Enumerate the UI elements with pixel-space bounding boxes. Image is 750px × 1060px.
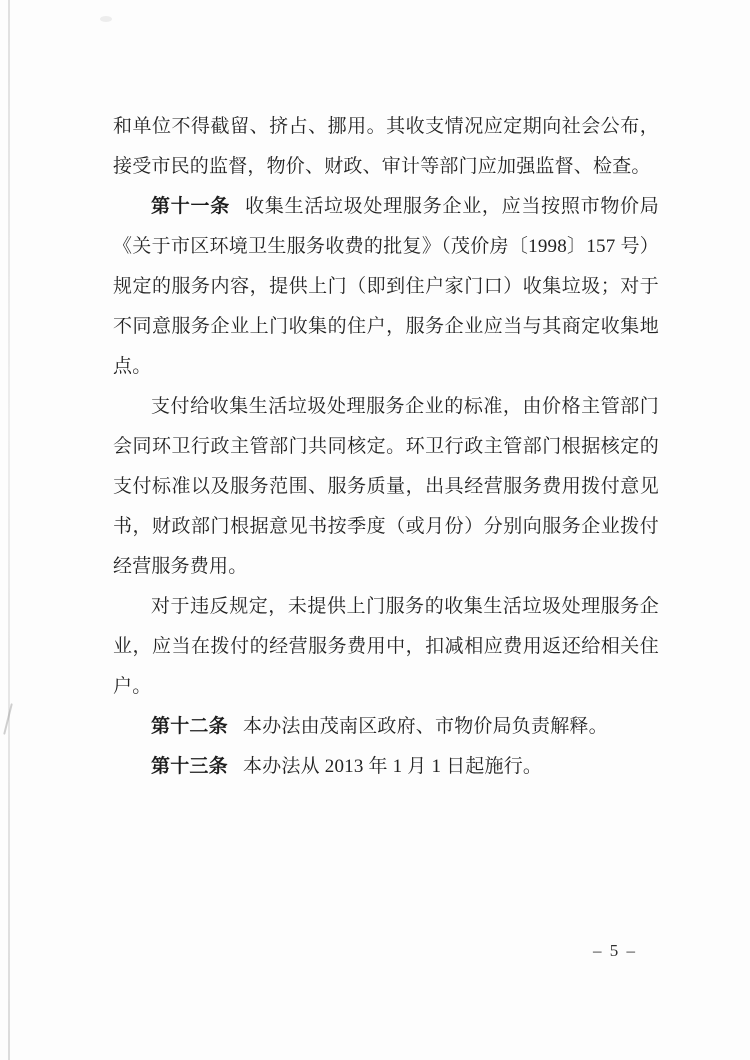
paragraph-text: 收集生活垃圾处理服务企业，应当按照市物价局《关于市区环境卫生服务收费的批复》（茂… bbox=[113, 196, 659, 377]
paragraph-text: 本办法由茂南区政府、市物价局负责解释。 bbox=[243, 716, 608, 737]
paragraph-article-13: 第十三条本办法从 2013 年 1 月 1 日起施行。 bbox=[113, 747, 659, 787]
paragraph-article-12: 第十二条本办法由茂南区政府、市物价局负责解释。 bbox=[113, 707, 659, 747]
paragraph-article-11: 第十一条收集生活垃圾处理服务企业，应当按照市物价局《关于市区环境卫生服务收费的批… bbox=[113, 187, 659, 387]
paragraph-text: 本办法从 2013 年 1 月 1 日起施行。 bbox=[243, 756, 542, 777]
scan-edge-shadow bbox=[8, 0, 10, 1060]
scan-smudge bbox=[100, 16, 112, 22]
paragraph-text: 支付给收集生活垃圾处理服务企业的标准，由价格主管部门会同环卫行政主管部门共同核定… bbox=[113, 396, 659, 577]
paragraph-payment-standard: 支付给收集生活垃圾处理服务企业的标准，由价格主管部门会同环卫行政主管部门共同核定… bbox=[113, 387, 659, 587]
article-number: 第十二条 bbox=[151, 716, 228, 737]
article-number: 第十三条 bbox=[151, 756, 228, 777]
paragraph-text: 和单位不得截留、挤占、挪用。其收支情况应定期向社会公布，接受市民的监督，物价、财… bbox=[113, 116, 659, 177]
article-number: 第十一条 bbox=[151, 196, 230, 217]
page-number: – 5 – bbox=[583, 941, 647, 961]
paragraph-continuation: 和单位不得截留、挤占、挪用。其收支情况应定期向社会公布，接受市民的监督，物价、财… bbox=[113, 107, 659, 187]
document-body: 和单位不得截留、挤占、挪用。其收支情况应定期向社会公布，接受市民的监督，物价、财… bbox=[113, 107, 659, 787]
paragraph-text: 对于违反规定，未提供上门服务的收集生活垃圾处理服务企业，应当在拨付的经营服务费用… bbox=[113, 596, 659, 697]
scanned-document-page: { "page": { "background_color": "#fdfdfd… bbox=[0, 0, 750, 1060]
paragraph-violation: 对于违反规定，未提供上门服务的收集生活垃圾处理服务企业，应当在拨付的经营服务费用… bbox=[113, 587, 659, 707]
